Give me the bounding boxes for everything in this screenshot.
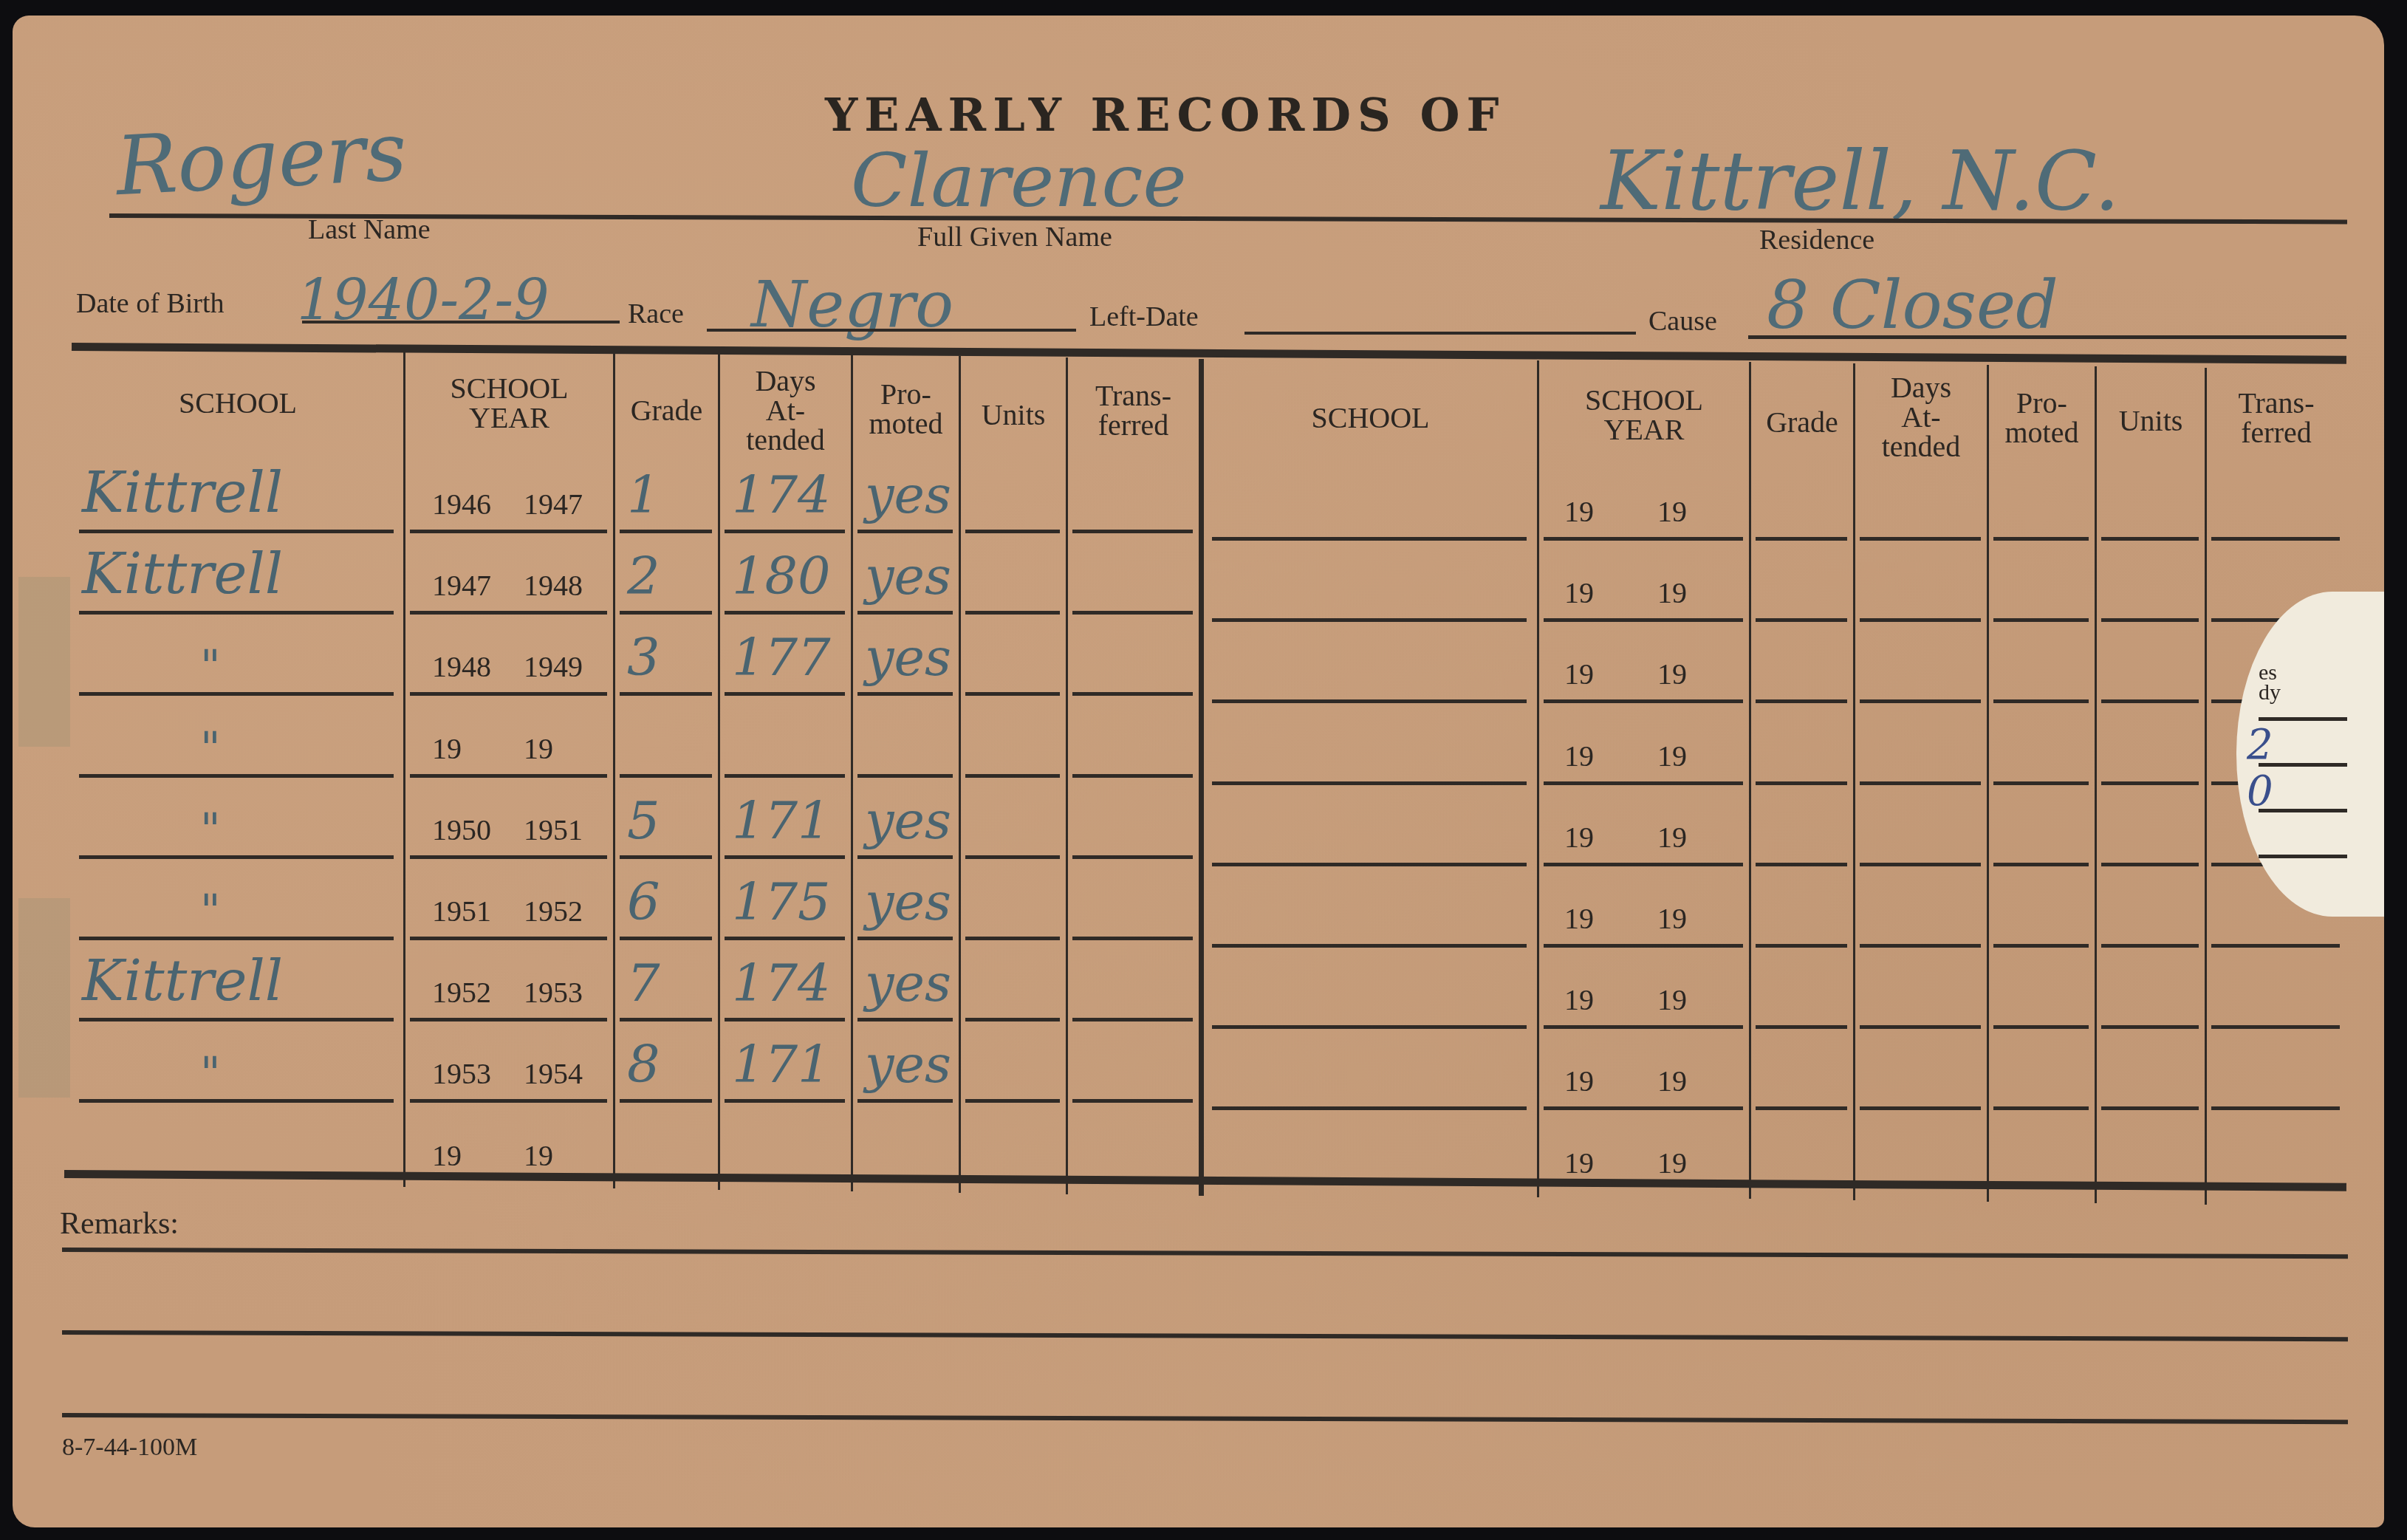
header-text: YEAR	[469, 403, 549, 433]
col-header-grade: Grade	[615, 370, 718, 451]
days-cell[interactable]: 180	[732, 546, 831, 606]
cause-value[interactable]: 8 Closed	[1767, 267, 2058, 344]
school-cell[interactable]: "	[200, 804, 221, 855]
form-code: 8-7-44-100M	[62, 1434, 197, 1462]
row-line	[857, 1099, 953, 1103]
year-to[interactable]: 1953	[524, 975, 583, 1010]
row-line	[1212, 618, 1527, 622]
cause-label: Cause	[1648, 305, 1717, 338]
header-text: Grade	[1766, 408, 1838, 437]
row-line	[965, 530, 1060, 533]
insert-line	[2259, 809, 2347, 812]
header-text: moted	[869, 409, 943, 439]
row-line	[1993, 863, 2089, 866]
row-line	[1756, 699, 1847, 703]
header-text: Grade	[631, 396, 703, 425]
row-line	[1212, 1106, 1527, 1110]
row-line	[1993, 699, 2089, 703]
days-cell[interactable]: 174	[732, 953, 831, 1013]
row-line	[620, 692, 712, 696]
insert-card-notch[interactable]: es dy 2 0	[2236, 592, 2384, 917]
header-text: SCHOOL	[1311, 403, 1429, 433]
insert-line	[2259, 763, 2347, 767]
row-line	[1756, 1025, 1847, 1029]
year-from[interactable]: 1946	[432, 487, 491, 521]
row-line	[857, 937, 953, 940]
row-line	[2211, 1106, 2340, 1110]
header-text: Pro-	[880, 380, 931, 409]
row-line	[725, 692, 845, 696]
year-to[interactable]: 1947	[524, 487, 583, 521]
row-line	[965, 1018, 1060, 1021]
row-line	[410, 692, 607, 696]
grade-cell[interactable]: 5	[627, 790, 660, 851]
col-divider	[1987, 365, 1989, 1202]
row-line	[1212, 699, 1527, 703]
col-divider	[1537, 360, 1539, 1197]
col-header-grade-right: Grade	[1751, 382, 1853, 463]
row-line	[1860, 1106, 1981, 1110]
row-line	[1860, 1025, 1981, 1029]
row-line	[857, 611, 953, 615]
stain-mark	[18, 577, 70, 747]
year-to[interactable]: 19	[1657, 820, 1687, 855]
row-line	[725, 937, 845, 940]
row-line	[1993, 537, 2089, 541]
row-line	[965, 1099, 1060, 1103]
row-line	[1212, 944, 1527, 948]
row-line	[1756, 781, 1847, 785]
row-line	[2101, 863, 2199, 866]
row-line	[620, 1099, 712, 1103]
row-line	[1072, 937, 1193, 940]
grade-cell[interactable]: 6	[627, 872, 660, 932]
record-card: YEARLY RECORDS OF Rogers Clarence Kittre…	[13, 16, 2384, 1527]
race-label: Race	[628, 298, 684, 330]
row-line	[79, 1018, 394, 1021]
row-line	[1544, 944, 1743, 948]
row-line	[79, 692, 394, 696]
row-line	[410, 611, 607, 615]
year-to[interactable]: 1952	[524, 894, 583, 928]
header-text: Units	[982, 400, 1046, 430]
school-cell[interactable]: Kittrell	[82, 948, 283, 1013]
row-line	[965, 937, 1060, 940]
year-from[interactable]: 1947	[432, 568, 491, 603]
year-from[interactable]: 19	[1564, 1146, 1594, 1180]
year-from[interactable]: 19	[1564, 494, 1594, 529]
header-text: Days	[755, 366, 815, 396]
header-text: Trans-	[2239, 389, 2315, 418]
promoted-cell[interactable]: yes	[865, 1034, 951, 1095]
year-from[interactable]: 19	[1564, 820, 1594, 855]
grade-cell[interactable]: 8	[627, 1034, 660, 1095]
row-line	[725, 1099, 845, 1103]
row-line	[620, 1018, 712, 1021]
header-text: tended	[1882, 432, 1961, 462]
col-header-school-right: SCHOOL	[1204, 377, 1537, 459]
school-cell[interactable]: "	[200, 722, 221, 774]
row-line	[1544, 537, 1743, 541]
row-line	[1544, 618, 1743, 622]
school-cell[interactable]: Kittrell	[82, 459, 283, 525]
row-line	[79, 855, 394, 859]
row-line	[2211, 537, 2340, 541]
school-cell[interactable]: "	[200, 640, 221, 692]
col-header-days-attended: DaysAt-tended	[720, 359, 851, 462]
year-from[interactable]: 19	[432, 731, 462, 766]
row-line	[1860, 944, 1981, 948]
year-from[interactable]: 19	[1564, 901, 1594, 936]
row-line	[965, 774, 1060, 778]
col-divider	[851, 355, 853, 1191]
row-line	[1993, 1025, 2089, 1029]
row-line	[620, 937, 712, 940]
row-line	[620, 774, 712, 778]
row-line	[857, 855, 953, 859]
year-to[interactable]: 1951	[524, 812, 583, 847]
header-text: Units	[2119, 406, 2183, 436]
days-cell[interactable]: 174	[732, 465, 831, 525]
header-text: ferred	[1098, 411, 1168, 440]
year-from[interactable]: 1948	[432, 649, 491, 684]
promoted-cell[interactable]: yes	[865, 627, 951, 688]
year-to[interactable]: 19	[1657, 657, 1687, 691]
year-from[interactable]: 1952	[432, 975, 491, 1010]
row-line	[1993, 781, 2089, 785]
row-line	[1212, 1025, 1527, 1029]
header-text: Days	[1891, 373, 1951, 403]
year-to[interactable]: 19	[1657, 1146, 1687, 1180]
row-line	[1756, 944, 1847, 948]
col-divider	[1853, 363, 1855, 1200]
col-header-units-right: Units	[2097, 380, 2205, 462]
row-line	[1993, 944, 2089, 948]
row-line	[1212, 537, 1527, 541]
remarks-line-1	[62, 1248, 2348, 1259]
row-line	[410, 937, 607, 940]
row-line	[1860, 781, 1981, 785]
row-line	[2101, 1106, 2199, 1110]
row-line	[2211, 944, 2340, 948]
row-line	[857, 530, 953, 533]
header-text: Trans-	[1095, 381, 1171, 411]
header-text: Pro-	[2016, 389, 2067, 418]
given-name-label: Full Given Name	[917, 221, 1112, 253]
row-line	[1756, 537, 1847, 541]
header-text: ferred	[2241, 418, 2311, 448]
last-name-label: Last Name	[308, 213, 431, 246]
year-from[interactable]: 19	[432, 1138, 462, 1173]
left-date-line	[1244, 332, 1636, 335]
school-cell[interactable]: "	[200, 1047, 221, 1099]
row-line	[79, 530, 394, 533]
col-header-school: SCHOOL	[72, 363, 404, 444]
row-line	[1756, 863, 1847, 866]
year-to[interactable]: 19	[524, 731, 553, 766]
row-line	[620, 855, 712, 859]
year-from[interactable]: 19	[1564, 575, 1594, 610]
school-cell[interactable]: "	[200, 885, 221, 937]
dob-line	[302, 321, 620, 324]
header-text: SCHOOL	[179, 389, 297, 418]
row-line	[2101, 537, 2199, 541]
dob-label: Date of Birth	[76, 287, 225, 320]
col-header-school-year: SCHOOLYEAR	[405, 363, 613, 444]
last-name-value[interactable]: Rogers	[114, 104, 409, 213]
insert-partial-text: dy	[2259, 682, 2281, 704]
col-header-transferred: Trans-ferred	[1068, 370, 1199, 451]
year-to[interactable]: 1949	[524, 649, 583, 684]
header-text: moted	[2005, 418, 2079, 448]
row-line	[725, 611, 845, 615]
cause-line	[1748, 335, 2346, 339]
days-cell[interactable]: 175	[732, 872, 831, 932]
row-line	[1072, 611, 1193, 615]
table-bottom-divider	[64, 1170, 2346, 1191]
row-line	[1072, 1099, 1193, 1103]
row-line	[410, 1018, 607, 1021]
race-line	[707, 329, 1076, 332]
header-text: At-	[1901, 403, 1940, 432]
row-line	[2101, 781, 2199, 785]
promoted-cell[interactable]: yes	[865, 790, 951, 851]
year-to[interactable]: 19	[524, 1138, 553, 1173]
grade-cell[interactable]: 3	[627, 627, 660, 688]
year-from[interactable]: 1951	[432, 894, 491, 928]
row-line	[1993, 1106, 2089, 1110]
row-line	[2101, 699, 2199, 703]
remarks-line-3	[62, 1413, 2348, 1424]
row-line	[1860, 699, 1981, 703]
promoted-cell[interactable]: yes	[865, 465, 951, 525]
row-line	[79, 774, 394, 778]
header-text: SCHOOL	[1585, 386, 1703, 415]
year-to[interactable]: 19	[1657, 1064, 1687, 1098]
promoted-cell[interactable]: yes	[865, 546, 951, 606]
row-line	[79, 937, 394, 940]
col-divider	[959, 356, 961, 1193]
col-divider	[613, 352, 615, 1188]
school-cell[interactable]: Kittrell	[82, 541, 283, 606]
year-from[interactable]: 19	[1564, 657, 1594, 691]
col-header-transferred-right: Trans-ferred	[2207, 377, 2346, 459]
row-line	[1072, 1018, 1193, 1021]
year-to[interactable]: 19	[1657, 739, 1687, 773]
col-divider	[2205, 368, 2207, 1205]
grade-cell[interactable]: 2	[627, 546, 660, 606]
col-divider	[403, 350, 405, 1187]
header-text: At-	[766, 396, 805, 425]
col-header-promoted: Pro-moted	[853, 369, 959, 450]
year-from[interactable]: 1950	[432, 812, 491, 847]
row-line	[1544, 781, 1743, 785]
remarks-line-2	[62, 1330, 2348, 1341]
row-line	[1072, 855, 1193, 859]
row-line	[2101, 944, 2199, 948]
row-line	[410, 855, 607, 859]
col-divider	[2095, 366, 2097, 1203]
col-divider	[1749, 362, 1751, 1199]
col-header-days-attended-right: DaysAt-tended	[1855, 366, 1987, 469]
row-line	[725, 530, 845, 533]
days-cell[interactable]: 171	[732, 1034, 831, 1095]
row-line	[1756, 1106, 1847, 1110]
row-line	[857, 774, 953, 778]
row-line	[1212, 863, 1527, 866]
row-line	[1756, 618, 1847, 622]
stain-mark	[18, 898, 70, 1098]
row-line	[857, 1018, 953, 1021]
year-to[interactable]: 19	[1657, 901, 1687, 936]
grade-cell[interactable]: 1	[627, 465, 660, 525]
row-line	[725, 855, 845, 859]
row-line	[2101, 618, 2199, 622]
header-text: SCHOOL	[450, 374, 568, 403]
promoted-cell[interactable]: yes	[865, 872, 951, 932]
row-line	[1544, 863, 1743, 866]
year-to[interactable]: 19	[1657, 575, 1687, 610]
row-line	[79, 1099, 394, 1103]
row-line	[2101, 1025, 2199, 1029]
year-to[interactable]: 1954	[524, 1056, 583, 1091]
insert-partial-hand: 2	[2247, 721, 2273, 769]
col-divider	[1066, 357, 1068, 1194]
col-header-school-year-right: SCHOOLYEAR	[1539, 374, 1749, 456]
row-line	[725, 774, 845, 778]
header-text: YEAR	[1604, 415, 1685, 445]
form-title: YEARLY RECORDS OF	[825, 88, 1505, 142]
row-line	[1072, 692, 1193, 696]
row-line	[1860, 618, 1981, 622]
center-divider	[1199, 359, 1204, 1196]
row-line	[1544, 1106, 1743, 1110]
days-cell[interactable]: 171	[732, 790, 831, 851]
row-line	[620, 530, 712, 533]
row-line	[1544, 699, 1743, 703]
year-to[interactable]: 1948	[524, 568, 583, 603]
row-line	[410, 1099, 607, 1103]
row-line	[620, 611, 712, 615]
given-name-value[interactable]: Clarence	[851, 137, 1187, 224]
year-from[interactable]: 19	[1564, 739, 1594, 773]
row-line	[410, 774, 607, 778]
row-line	[1072, 774, 1193, 778]
row-line	[79, 611, 394, 615]
year-from[interactable]: 1953	[432, 1056, 491, 1091]
row-line	[2211, 1025, 2340, 1029]
row-line	[1212, 781, 1527, 785]
year-from[interactable]: 19	[1564, 1064, 1594, 1098]
year-to[interactable]: 19	[1657, 494, 1687, 529]
grade-cell[interactable]: 7	[627, 953, 660, 1013]
row-line	[965, 692, 1060, 696]
promoted-cell[interactable]: yes	[865, 953, 951, 1013]
remarks-label: Remarks:	[60, 1206, 179, 1242]
col-header-promoted-right: Pro-moted	[1989, 377, 2095, 459]
insert-line	[2259, 855, 2347, 858]
row-line	[1544, 1025, 1743, 1029]
days-cell[interactable]: 177	[732, 627, 831, 688]
year-to[interactable]: 19	[1657, 982, 1687, 1017]
col-header-units: Units	[961, 374, 1066, 456]
row-line	[965, 855, 1060, 859]
row-line	[1072, 530, 1193, 533]
row-line	[410, 530, 607, 533]
header-text: tended	[746, 425, 825, 455]
year-from[interactable]: 19	[1564, 982, 1594, 1017]
row-line	[1860, 537, 1981, 541]
row-line	[725, 1018, 845, 1021]
residence-value[interactable]: Kittrell, N.C.	[1600, 134, 2120, 228]
col-divider	[718, 353, 720, 1190]
residence-label: Residence	[1759, 224, 1874, 256]
row-line	[1860, 863, 1981, 866]
header-divider	[72, 343, 2346, 364]
row-line	[1993, 618, 2089, 622]
row-line	[965, 611, 1060, 615]
left-date-label: Left-Date	[1089, 301, 1199, 333]
row-line	[857, 692, 953, 696]
